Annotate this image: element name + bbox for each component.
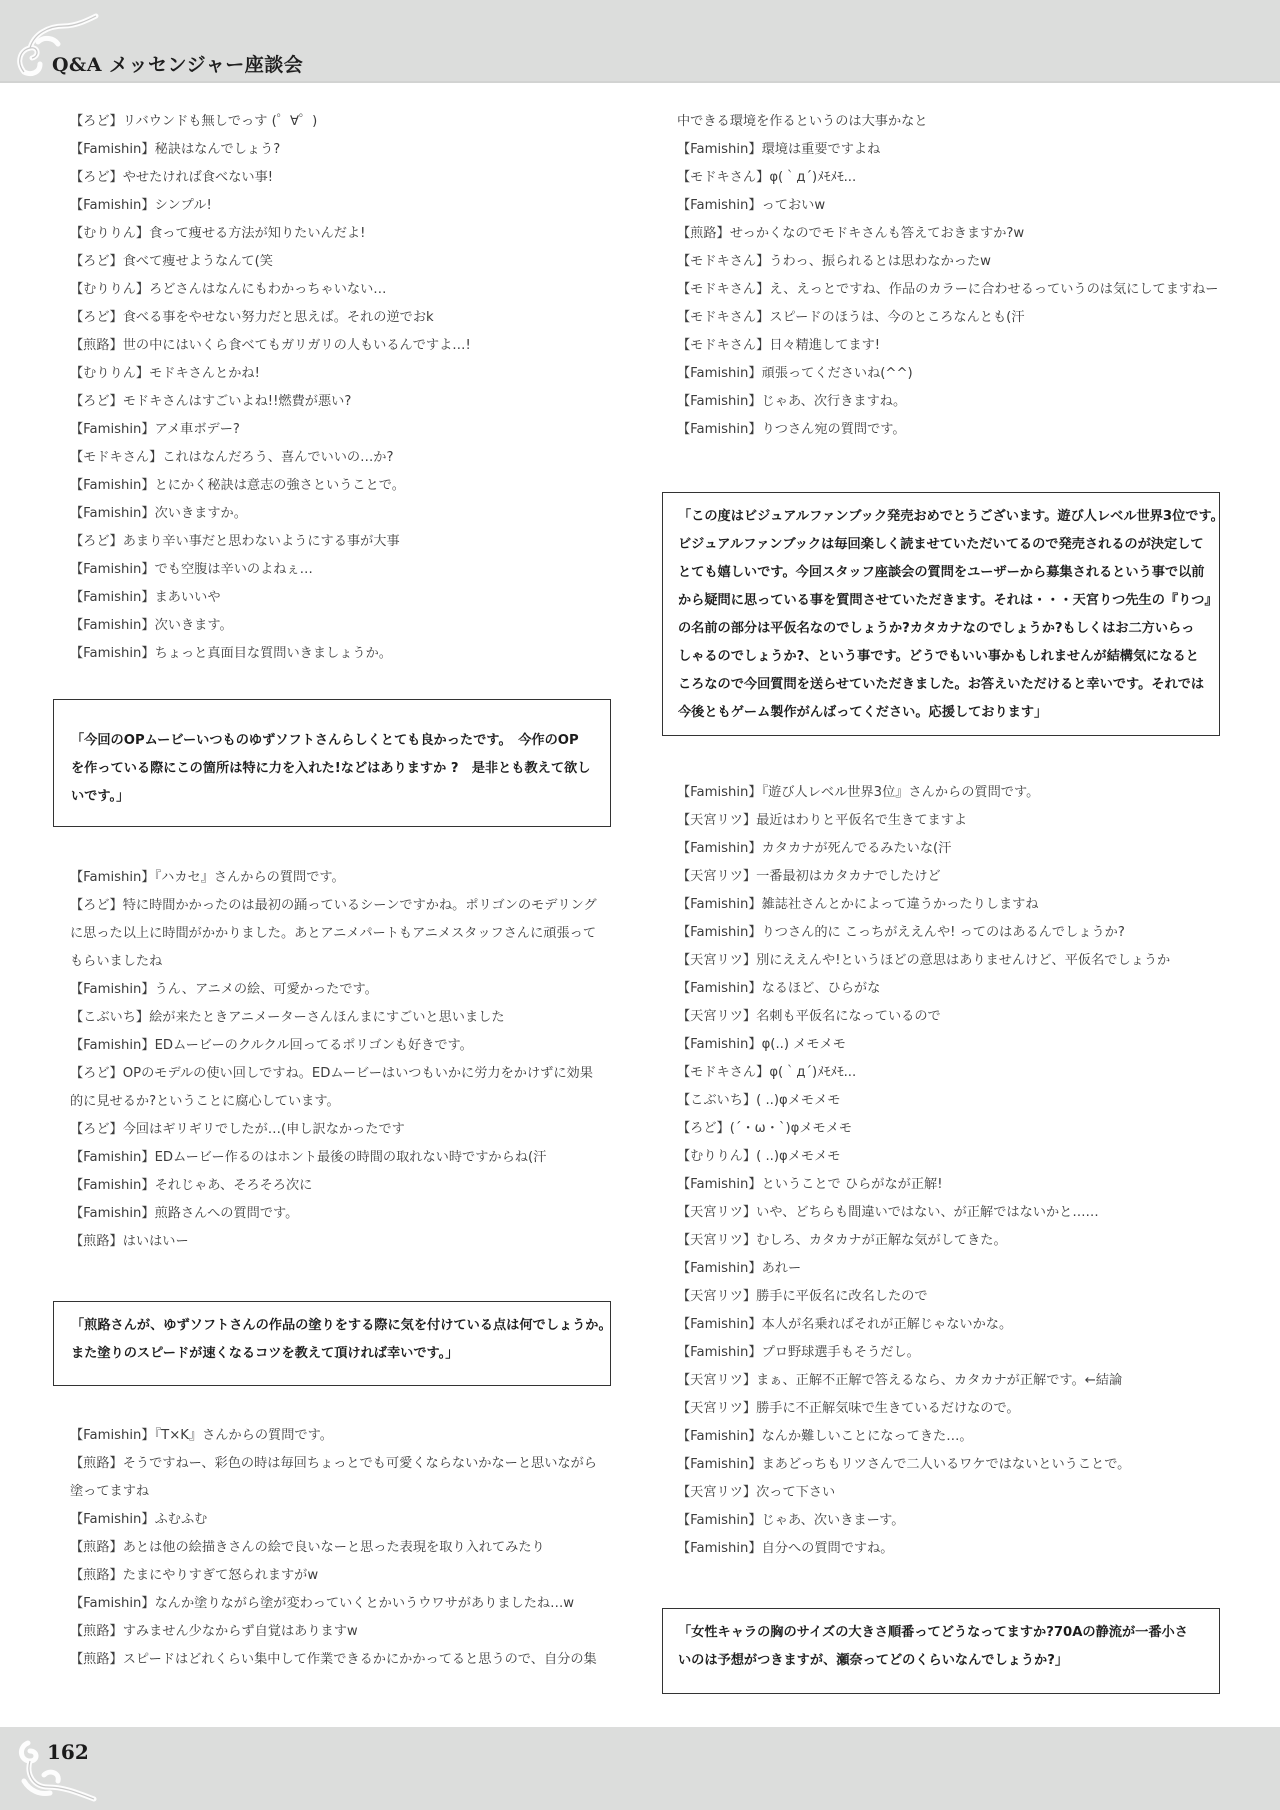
- dialogue-text: せっかくなのでモドキさんも答えておきますか?w: [730, 226, 1024, 241]
- speaker-label: 【Famishin】: [677, 1513, 762, 1528]
- left-dialogue-block-3: 【Famishin】『T×K』さんからの質問です。【煎路】そうですねー、彩色の時…: [70, 1422, 610, 1674]
- speaker-label: 【Famishin】: [677, 1317, 762, 1332]
- dialogue-line: 【Famishin】なんか難しいことになってきた…。: [677, 1423, 1237, 1451]
- speaker-label: 【むりりん】: [70, 282, 149, 297]
- speaker-label: 【ろど】: [677, 1121, 730, 1136]
- speaker-label: 【Famishin】: [677, 1177, 762, 1192]
- speaker-label: 【モドキさん】: [677, 1065, 769, 1080]
- dialogue-line: 【Famishin】秘訣はなんでしょう?: [70, 136, 610, 164]
- dialogue-text: なんか難しいことになってきた…。: [762, 1429, 973, 1444]
- speaker-label: 【ろど】: [70, 1066, 123, 1081]
- speaker-label: 【Famishin】: [677, 422, 762, 437]
- dialogue-text: 中できる環境を作るというのは大事かなと: [677, 114, 928, 129]
- dialogue-line: 【ろど】特に時間かかったのは最初の踊っているシーンですかね。ポリゴンのモデリング: [70, 892, 610, 920]
- dialogue-text: それじゃあ、そろそろ次に: [155, 1178, 313, 1193]
- dialogue-line: 【煎路】スピードはどれくらい集中して作業できるかにかかってると思うので、自分の集: [70, 1646, 610, 1674]
- speaker-label: 【Famishin】: [70, 1206, 155, 1221]
- dialogue-text: 次いきますか。: [155, 506, 247, 521]
- speaker-label: 【天宮リツ】: [677, 1233, 756, 1248]
- speaker-label: 【Famishin】: [677, 1457, 762, 1472]
- dialogue-text: リバウンドも無しでっす (゜∀゜): [123, 114, 318, 129]
- dialogue-text: ということで ひらがなが正解!: [762, 1177, 943, 1192]
- dialogue-text: これはなんだろう、喜んでいいの…か?: [162, 450, 393, 465]
- dialogue-text: 世の中にはいくら食べてもガリガリの人もいるんですよ…!: [123, 338, 471, 353]
- speaker-label: 【ろど】: [70, 394, 123, 409]
- speaker-label: 【Famishin】: [70, 506, 155, 521]
- dialogue-text: 最近はわりと平仮名で生きてますよ: [756, 813, 967, 828]
- speaker-label: 【Famishin】: [70, 1038, 155, 1053]
- speaker-label: 【ろど】: [70, 534, 123, 549]
- dialogue-line: 【Famishin】本人が名乗ればそれが正解じゃないかな。: [677, 1311, 1237, 1339]
- speaker-label: 【こぶいち】: [70, 1010, 149, 1025]
- dialogue-text: 次って下さい: [756, 1485, 835, 1500]
- speaker-label: 【Famishin】: [70, 1428, 155, 1443]
- speaker-label: 【煎路】: [70, 1652, 123, 1667]
- speaker-label: 【煎路】: [70, 1456, 123, 1471]
- speaker-label: 【Famishin】: [70, 618, 155, 633]
- dialogue-line: 【天宮リツ】別にええんや!というほどの意思はありませんけど、平仮名でしょうか: [677, 947, 1237, 975]
- dialogue-line: 【むりりん】ろどさんはなんにもわかっちゃいない…: [70, 276, 610, 304]
- dialogue-line: 【こぶいち】絵が来たときアニメーターさんほんまにすごいと思いました: [70, 1004, 610, 1032]
- speaker-label: 【Famishin】: [677, 981, 762, 996]
- speaker-label: 【Famishin】: [677, 366, 762, 381]
- question-text-line: 「煎路さんが、ゆずソフトさんの作品の塗りをする際に気を付けている点は何でしょうか…: [71, 1312, 610, 1340]
- dialogue-line: 【Famishin】次いきます。: [70, 612, 610, 640]
- dialogue-line: 【Famishin】あれー: [677, 1255, 1237, 1283]
- dialogue-text: まあどっちもリツさんで二人いるワケではないということで。: [762, 1457, 1131, 1472]
- speaker-label: 【ろど】: [70, 310, 123, 325]
- dialogue-line: 【むりりん】食って痩せる方法が知りたいんだよ!: [70, 220, 610, 248]
- speaker-label: 【むりりん】: [677, 1149, 756, 1164]
- dialogue-text: EDムービーのクルクル回ってるポリゴンも好きです。: [155, 1038, 473, 1053]
- dialogue-line: 【Famishin】頑張ってくださいね(^^): [677, 360, 1237, 388]
- dialogue-line: 【Famishin】EDムービー作るのはホント最後の時間の取れない時ですからね(…: [70, 1144, 610, 1172]
- question-box-op-movie: 「今回のOPムービーいつものゆずソフトさんらしくとても良かったです。 今作のOP…: [53, 699, 611, 827]
- dialogue-line: 【Famishin】りつさん的に こっちがええんや! ってのはあるんでしょうか?: [677, 919, 1237, 947]
- dialogue-line: 【ろど】モドキさんはすごいよね!!燃費が悪い?: [70, 388, 610, 416]
- dialogue-line: もらいましたね: [70, 948, 610, 976]
- speaker-label: 【モドキさん】: [677, 170, 769, 185]
- dialogue-text: うわっ、振られるとは思わなかったw: [769, 254, 991, 269]
- dialogue-text: 環境は重要ですよね: [762, 142, 881, 157]
- dialogue-line: 【Famishin】ふむふむ: [70, 1506, 610, 1534]
- dialogue-text: 煎路さんへの質問です。: [155, 1206, 299, 1221]
- dialogue-text: そうですねー、彩色の時は毎回ちょっとでも可愛くならないかなーと思いながら: [123, 1456, 597, 1471]
- dialogue-line: 【モドキさん】え、えっとですね、作品のカラーに合わせるっていうのは気にしてますね…: [677, 276, 1237, 304]
- dialogue-line: 【Famishin】でも空腹は辛いのよねぇ…: [70, 556, 610, 584]
- dialogue-text: でも空腹は辛いのよねぇ…: [155, 562, 313, 577]
- dialogue-text: すみません少なからず自覚はありますw: [123, 1624, 358, 1639]
- dialogue-line: 【Famishin】とにかく秘訣は意志の強さということで。: [70, 472, 610, 500]
- dialogue-text: まあいいや: [155, 590, 221, 605]
- dialogue-line: 【天宮リツ】いや、どちらも間違いではない、が正解ではないかと……: [677, 1199, 1237, 1227]
- dialogue-text: っておいw: [762, 198, 826, 213]
- dialogue-line: 塗ってますね: [70, 1478, 610, 1506]
- dialogue-line: 【煎路】すみません少なからず自覚はありますw: [70, 1618, 610, 1646]
- dialogue-line: 中できる環境を作るというのは大事かなと: [677, 108, 1237, 136]
- dialogue-text: あれー: [762, 1261, 802, 1276]
- dialogue-line: 【Famishin】環境は重要ですよね: [677, 136, 1237, 164]
- speaker-label: 【Famishin】: [677, 1261, 762, 1276]
- speaker-label: 【煎路】: [677, 226, 730, 241]
- question-text-line: ころなので今回質問を送らせていただきました。お答えいただけると幸いです。それでは: [678, 671, 1219, 699]
- dialogue-line: 的に見せるか?ということに腐心しています。: [70, 1088, 610, 1116]
- speaker-label: 【Famishin】: [70, 142, 155, 157]
- dialogue-text: アメ車ボデー?: [155, 422, 240, 437]
- dialogue-line: 【天宮リツ】名刺も平仮名になっているので: [677, 1003, 1237, 1031]
- dialogue-text: むしろ、カタカナが正解な気がしてきた。: [756, 1233, 1007, 1248]
- dialogue-text: に思った以上に時間がかかりました。あとアニメパートもアニメスタッフさんに頑張って: [70, 926, 596, 941]
- speaker-label: 【Famishin】: [70, 1150, 155, 1165]
- dialogue-text: あまり辛い事だと思わないようにする事が大事: [123, 534, 400, 549]
- dialogue-line: 【天宮リツ】勝手に不正解気味で生きているだけなので。: [677, 1395, 1237, 1423]
- dialogue-line: 【Famishin】なるほど、ひらがな: [677, 975, 1237, 1003]
- left-dialogue-block-1: 【ろど】リバウンドも無しでっす (゜∀゜)【Famishin】秘訣はなんでしょう…: [70, 108, 610, 668]
- dialogue-line: 【Famishin】りつさん宛の質問です。: [677, 416, 1237, 444]
- dialogue-text: え、えっとですね、作品のカラーに合わせるっていうのは気にしてますねー: [769, 282, 1218, 297]
- dialogue-text: ( ..)φメモメモ: [756, 1093, 840, 1108]
- dialogue-text: まぁ、正解不正解で答えるなら、カタカナが正解です。←結論: [756, 1373, 1122, 1388]
- dialogue-text: OPのモデルの使い回しですね。EDムービーはいつもいかに労力をかけずに効果: [123, 1066, 593, 1081]
- page-header-band: Q&A メッセンジャー座談会: [0, 0, 1280, 83]
- speaker-label: 【モドキさん】: [677, 338, 769, 353]
- speaker-label: 【天宮リツ】: [677, 1289, 756, 1304]
- dialogue-line: 【モドキさん】うわっ、振られるとは思わなかったw: [677, 248, 1237, 276]
- dialogue-line: 【煎路】せっかくなのでモドキさんも答えておきますか?w: [677, 220, 1237, 248]
- dialogue-text: 別にええんや!というほどの意思はありませんけど、平仮名でしょうか: [756, 953, 1170, 968]
- dialogue-text: モドキさんはすごいよね!!燃費が悪い?: [123, 394, 352, 409]
- dialogue-line: 【モドキさん】スピードのほうは、今のところなんとも(汗: [677, 304, 1237, 332]
- dialogue-text: 自分への質問ですね。: [762, 1541, 894, 1556]
- speaker-label: 【Famishin】: [70, 646, 155, 661]
- speaker-label: 【Famishin】: [677, 785, 762, 800]
- dialogue-line: 【モドキさん】これはなんだろう、喜んでいいの…か?: [70, 444, 610, 472]
- dialogue-text: 的に見せるか?ということに腐心しています。: [70, 1094, 340, 1109]
- dialogue-text: たまにやりすぎて怒られますがw: [123, 1568, 318, 1583]
- speaker-label: 【モドキさん】: [677, 282, 769, 297]
- dialogue-line: 【Famishin】ちょっと真面目な質問いきましょうか。: [70, 640, 610, 668]
- speaker-label: 【こぶいち】: [677, 1093, 756, 1108]
- dialogue-line: 【Famishin】EDムービーのクルクル回ってるポリゴンも好きです。: [70, 1032, 610, 1060]
- dialogue-text: ろどさんはなんにもわかっちゃいない…: [149, 282, 386, 297]
- dialogue-text: 特に時間かかったのは最初の踊っているシーンですかね。ポリゴンのモデリング: [123, 898, 597, 913]
- dialogue-line: 【ろど】食べる事をやせない努力だと思えば。それの逆でおk: [70, 304, 610, 332]
- question-text-line: の名前の部分は平仮名なのでしょうか?カタカナなのでしょうか?もしくはお二方いらっ: [678, 615, 1219, 643]
- dialogue-line: 【天宮リツ】まぁ、正解不正解で答えるなら、カタカナが正解です。←結論: [677, 1367, 1237, 1395]
- speaker-label: 【Famishin】: [70, 590, 155, 605]
- dialogue-text: 一番最初はカタカナでしたけど: [756, 869, 941, 884]
- dialogue-text: ふむふむ: [155, 1512, 208, 1527]
- speaker-label: 【Famishin】: [70, 198, 155, 213]
- question-box-ritsu-name: 「この度はビジュアルファンブック発売おめでとうございます。遊び人レベル世界3位で…: [662, 492, 1220, 736]
- question-text-line: また塗りのスピードが速くなるコツを教えて頂ければ幸いです。」: [71, 1340, 610, 1368]
- dialogue-line: 【モドキさん】φ(｀д´)ﾒﾓﾒﾓ...: [677, 1059, 1237, 1087]
- dialogue-text: 秘訣はなんでしょう?: [155, 142, 281, 157]
- right-dialogue-block-1: 中できる環境を作るというのは大事かなと【Famishin】環境は重要ですよね【モ…: [677, 108, 1237, 444]
- dialogue-line: 【天宮リツ】勝手に平仮名に改名したので: [677, 1283, 1237, 1311]
- dialogue-line: 【ろど】今回はギリギリでしたが…(申し訳なかったです: [70, 1116, 610, 1144]
- dialogue-line: 【Famishin】煎路さんへの質問です。: [70, 1200, 610, 1228]
- dialogue-text: とにかく秘訣は意志の強さということで。: [155, 478, 405, 493]
- dialogue-text: 絵が来たときアニメーターさんほんまにすごいと思いました: [149, 1010, 504, 1025]
- dialogue-line: 【煎路】はいはいー: [70, 1228, 610, 1256]
- speaker-label: 【天宮リツ】: [677, 953, 756, 968]
- dialogue-text: はいはいー: [123, 1234, 189, 1249]
- dialogue-text: 『T×K』さんからの質問です。: [155, 1428, 333, 1443]
- speaker-label: 【天宮リツ】: [677, 813, 756, 828]
- speaker-label: 【煎路】: [70, 1540, 123, 1555]
- speaker-label: 【モドキさん】: [70, 450, 162, 465]
- dialogue-text: 食べて痩せようなんて(笑: [123, 254, 273, 269]
- speaker-label: 【Famishin】: [677, 142, 762, 157]
- dialogue-text: φ(｀д´)ﾒﾓﾒﾓ...: [769, 1065, 856, 1080]
- right-dialogue-block-2: 【Famishin】『遊び人レベル世界3位』さんからの質問です。【天宮リツ】最近…: [677, 779, 1237, 1563]
- dialogue-line: 【Famishin】プロ野球選手もそうだし。: [677, 1339, 1237, 1367]
- dialogue-line: 【ろど】やせたければ食べない事!: [70, 164, 610, 192]
- dialogue-text: 名刺も平仮名になっているので: [756, 1009, 941, 1024]
- dialogue-text: なんか塗りながら塗が変わっていくとかいうウワサがありましたね…w: [155, 1596, 574, 1611]
- dialogue-line: 【Famishin】シンプル!: [70, 192, 610, 220]
- dialogue-text: 本人が名乗ればそれが正解じゃないかな。: [762, 1317, 1013, 1332]
- dialogue-line: 【Famishin】次いきますか。: [70, 500, 610, 528]
- dialogue-text: モドキさんとかね!: [149, 366, 260, 381]
- dialogue-text: 勝手に平仮名に改名したので: [756, 1289, 927, 1304]
- question-text-line: 「女性キャラの胸のサイズの大きさ順番ってどうなってますか?70Aの静流が一番小さ: [678, 1619, 1219, 1647]
- dialogue-line: に思った以上に時間がかかりました。あとアニメパートもアニメスタッフさんに頑張って: [70, 920, 610, 948]
- speaker-label: 【Famishin】: [677, 1345, 762, 1360]
- dialogue-line: 【煎路】そうですねー、彩色の時は毎回ちょっとでも可愛くならないかなーと思いながら: [70, 1450, 610, 1478]
- dialogue-text: いや、どちらも間違いではない、が正解ではないかと……: [756, 1205, 1099, 1220]
- page-title: Q&A メッセンジャー座談会: [52, 50, 303, 77]
- dialogue-line: 【Famishin】っておいw: [677, 192, 1237, 220]
- dialogue-text: あとは他の絵描きさんの絵で良いなーと思った表現を取り入れてみたり: [123, 1540, 545, 1555]
- dialogue-line: 【Famishin】うん、アニメの絵、可愛かったです。: [70, 976, 610, 1004]
- dialogue-text: カタカナが死んでるみたいな(汗: [762, 841, 952, 856]
- speaker-label: 【煎路】: [70, 1568, 123, 1583]
- question-text-line: しゃるのでしょうか?、という事です。どうでもいい事かもしれませんが結構気になると: [678, 643, 1219, 671]
- page-footer-band: 162: [0, 1727, 1280, 1810]
- dialogue-line: 【Famishin】じゃあ、次いきまーす。: [677, 1507, 1237, 1535]
- dialogue-line: 【ろど】(´・ω・`)φメモメモ: [677, 1115, 1237, 1143]
- left-dialogue-block-2: 【Famishin】『ハカセ』さんからの質問です。【ろど】特に時間かかったのは最…: [70, 864, 610, 1256]
- speaker-label: 【Famishin】: [677, 1429, 762, 1444]
- dialogue-line: 【Famishin】なんか塗りながら塗が変わっていくとかいうウワサがありましたね…: [70, 1590, 610, 1618]
- speaker-label: 【天宮リツ】: [677, 869, 756, 884]
- speaker-label: 【天宮リツ】: [677, 1401, 756, 1416]
- question-text-line: とても嬉しいです。今回スタッフ座談会の質問をユーザーから募集されるという事で以前: [678, 559, 1219, 587]
- dialogue-line: 【Famishin】雑誌社さんとかによって違うかったりしますね: [677, 891, 1237, 919]
- dialogue-text: スピードのほうは、今のところなんとも(汗: [769, 310, 1024, 325]
- speaker-label: 【Famishin】: [70, 1596, 155, 1611]
- dialogue-line: 【天宮リツ】一番最初はカタカナでしたけど: [677, 863, 1237, 891]
- question-text-line: を作っている際にこの箇所は特に力を入れた!などはありますか ? 是非とも教えて欲…: [71, 755, 610, 783]
- dialogue-text: 『遊び人レベル世界3位』さんからの質問です。: [762, 785, 1040, 800]
- dialogue-text: やせたければ食べない事!: [123, 170, 273, 185]
- speaker-label: 【煎路】: [70, 338, 123, 353]
- dialogue-line: 【天宮リツ】むしろ、カタカナが正解な気がしてきた。: [677, 1227, 1237, 1255]
- dialogue-text: 日々精進してます!: [769, 338, 880, 353]
- dialogue-line: 【天宮リツ】最近はわりと平仮名で生きてますよ: [677, 807, 1237, 835]
- speaker-label: 【モドキさん】: [677, 310, 769, 325]
- speaker-label: 【モドキさん】: [677, 254, 769, 269]
- speaker-label: 【むりりん】: [70, 366, 149, 381]
- speaker-label: 【ろど】: [70, 898, 123, 913]
- speaker-label: 【ろど】: [70, 254, 123, 269]
- speaker-label: 【ろど】: [70, 170, 123, 185]
- dialogue-line: 【Famishin】『T×K』さんからの質問です。: [70, 1422, 610, 1450]
- dialogue-text: 次いきます。: [155, 618, 233, 633]
- dialogue-text: ( ..)φメモメモ: [756, 1149, 840, 1164]
- question-text-line: 「今回のOPムービーいつものゆずソフトさんらしくとても良かったです。 今作のOP: [71, 727, 610, 755]
- dialogue-text: じゃあ、次いきまーす。: [762, 1513, 905, 1528]
- dialogue-text: 勝手に不正解気味で生きているだけなので。: [756, 1401, 1019, 1416]
- dialogue-line: 【Famishin】φ(..) メモメモ: [677, 1031, 1237, 1059]
- question-box-character-size: 「女性キャラの胸のサイズの大きさ順番ってどうなってますか?70Aの静流が一番小さ…: [662, 1608, 1220, 1694]
- dialogue-text: もらいましたね: [70, 954, 162, 969]
- speaker-label: 【Famishin】: [70, 422, 155, 437]
- dialogue-line: 【Famishin】『ハカセ』さんからの質問です。: [70, 864, 610, 892]
- dialogue-line: 【煎路】たまにやりすぎて怒られますがw: [70, 1562, 610, 1590]
- question-text-line: 「この度はビジュアルファンブック発売おめでとうございます。遊び人レベル世界3位で…: [678, 503, 1219, 531]
- speaker-label: 【Famishin】: [70, 870, 155, 885]
- dialogue-line: 【ろど】リバウンドも無しでっす (゜∀゜): [70, 108, 610, 136]
- dialogue-text: 『ハカセ』さんからの質問です。: [155, 870, 345, 885]
- question-box-coloring: 「煎路さんが、ゆずソフトさんの作品の塗りをする際に気を付けている点は何でしょうか…: [53, 1301, 611, 1386]
- dialogue-text: 食べる事をやせない努力だと思えば。それの逆でおk: [123, 310, 434, 325]
- dialogue-line: 【煎路】世の中にはいくら食べてもガリガリの人もいるんですよ…!: [70, 332, 610, 360]
- speaker-label: 【ろど】: [70, 114, 123, 129]
- speaker-label: 【煎路】: [70, 1234, 123, 1249]
- dialogue-line: 【ろど】あまり辛い事だと思わないようにする事が大事: [70, 528, 610, 556]
- speaker-label: 【煎路】: [70, 1624, 123, 1639]
- dialogue-line: 【ろど】OPのモデルの使い回しですね。EDムービーはいつもいかに労力をかけずに効…: [70, 1060, 610, 1088]
- speaker-label: 【Famishin】: [70, 982, 155, 997]
- dialogue-text: スピードはどれくらい集中して作業できるかにかかってると思うので、自分の集: [123, 1652, 597, 1667]
- speaker-label: 【Famishin】: [677, 841, 762, 856]
- dialogue-line: 【Famishin】じゃあ、次行きますね。: [677, 388, 1237, 416]
- dialogue-text: φ(..) メモメモ: [762, 1037, 846, 1052]
- speaker-label: 【天宮リツ】: [677, 1009, 756, 1024]
- dialogue-line: 【モドキさん】φ(｀д´)ﾒﾓﾒﾓ...: [677, 164, 1237, 192]
- dialogue-line: 【Famishin】まあどっちもリツさんで二人いるワケではないということで。: [677, 1451, 1237, 1479]
- speaker-label: 【Famishin】: [70, 1178, 155, 1193]
- speaker-label: 【Famishin】: [677, 394, 762, 409]
- speaker-label: 【Famishin】: [70, 478, 155, 493]
- dialogue-text: なるほど、ひらがな: [762, 981, 881, 996]
- speaker-label: 【むりりん】: [70, 226, 149, 241]
- dialogue-text: 塗ってますね: [70, 1484, 149, 1499]
- dialogue-line: 【Famishin】それじゃあ、そろそろ次に: [70, 1172, 610, 1200]
- dialogue-line: 【Famishin】自分への質問ですね。: [677, 1535, 1237, 1563]
- speaker-label: 【Famishin】: [70, 562, 155, 577]
- question-text-line: いのは予想がつきますが、瀬奈ってどのくらいなんでしょうか?」: [678, 1647, 1219, 1675]
- dialogue-line: 【むりりん】モドキさんとかね!: [70, 360, 610, 388]
- dialogue-text: 頑張ってくださいね(^^): [762, 366, 913, 381]
- question-text-line: 今後ともゲーム製作がんばってください。応援しております」: [678, 699, 1219, 727]
- dialogue-text: (´・ω・`)φメモメモ: [730, 1121, 852, 1136]
- dialogue-line: 【むりりん】( ..)φメモメモ: [677, 1143, 1237, 1171]
- question-text-line: から疑問に思っている事を質問させていただきます。それは・・・天宮りつ先生の『りつ…: [678, 587, 1219, 615]
- dialogue-text: りつさん宛の質問です。: [762, 422, 906, 437]
- speaker-label: 【Famishin】: [677, 1541, 762, 1556]
- question-text-line: ビジュアルファンブックは毎回楽しく読ませていただいてるので発売されるのが決定して: [678, 531, 1219, 559]
- dialogue-text: 雑誌社さんとかによって違うかったりしますね: [762, 897, 1039, 912]
- dialogue-text: 食って痩せる方法が知りたいんだよ!: [149, 226, 365, 241]
- speaker-label: 【ろど】: [70, 1122, 123, 1137]
- dialogue-line: 【天宮リツ】次って下さい: [677, 1479, 1237, 1507]
- speaker-label: 【Famishin】: [677, 1037, 762, 1052]
- speaker-label: 【天宮リツ】: [677, 1373, 756, 1388]
- dialogue-line: 【こぶいち】( ..)φメモメモ: [677, 1087, 1237, 1115]
- dialogue-text: EDムービー作るのはホント最後の時間の取れない時ですからね(汗: [155, 1150, 547, 1165]
- dialogue-line: 【ろど】食べて痩せようなんて(笑: [70, 248, 610, 276]
- speaker-label: 【Famishin】: [677, 198, 762, 213]
- dialogue-line: 【Famishin】カタカナが死んでるみたいな(汗: [677, 835, 1237, 863]
- dialogue-text: じゃあ、次行きますね。: [762, 394, 907, 409]
- dialogue-line: 【Famishin】アメ車ボデー?: [70, 416, 610, 444]
- dialogue-text: りつさん的に こっちがええんや! ってのはあるんでしょうか?: [762, 925, 1125, 940]
- dialogue-line: 【Famishin】まあいいや: [70, 584, 610, 612]
- dialogue-text: 今回はギリギリでしたが…(申し訳なかったです: [123, 1122, 405, 1137]
- speaker-label: 【Famishin】: [677, 897, 762, 912]
- dialogue-text: プロ野球選手もそうだし。: [762, 1345, 920, 1360]
- speaker-label: 【天宮リツ】: [677, 1205, 756, 1220]
- dialogue-text: ちょっと真面目な質問いきましょうか。: [155, 646, 392, 661]
- dialogue-text: うん、アニメの絵、可愛かったです。: [155, 982, 378, 997]
- speaker-label: 【Famishin】: [677, 925, 762, 940]
- speaker-label: 【Famishin】: [70, 1512, 155, 1527]
- page-number: 162: [47, 1740, 89, 1764]
- speaker-label: 【天宮リツ】: [677, 1485, 756, 1500]
- dialogue-line: 【Famishin】『遊び人レベル世界3位』さんからの質問です。: [677, 779, 1237, 807]
- question-text-line: いです。」: [71, 783, 610, 811]
- dialogue-text: シンプル!: [155, 198, 212, 213]
- dialogue-text: φ(｀д´)ﾒﾓﾒﾓ...: [769, 170, 856, 185]
- dialogue-line: 【モドキさん】日々精進してます!: [677, 332, 1237, 360]
- dialogue-line: 【Famishin】ということで ひらがなが正解!: [677, 1171, 1237, 1199]
- dialogue-line: 【煎路】あとは他の絵描きさんの絵で良いなーと思った表現を取り入れてみたり: [70, 1534, 610, 1562]
